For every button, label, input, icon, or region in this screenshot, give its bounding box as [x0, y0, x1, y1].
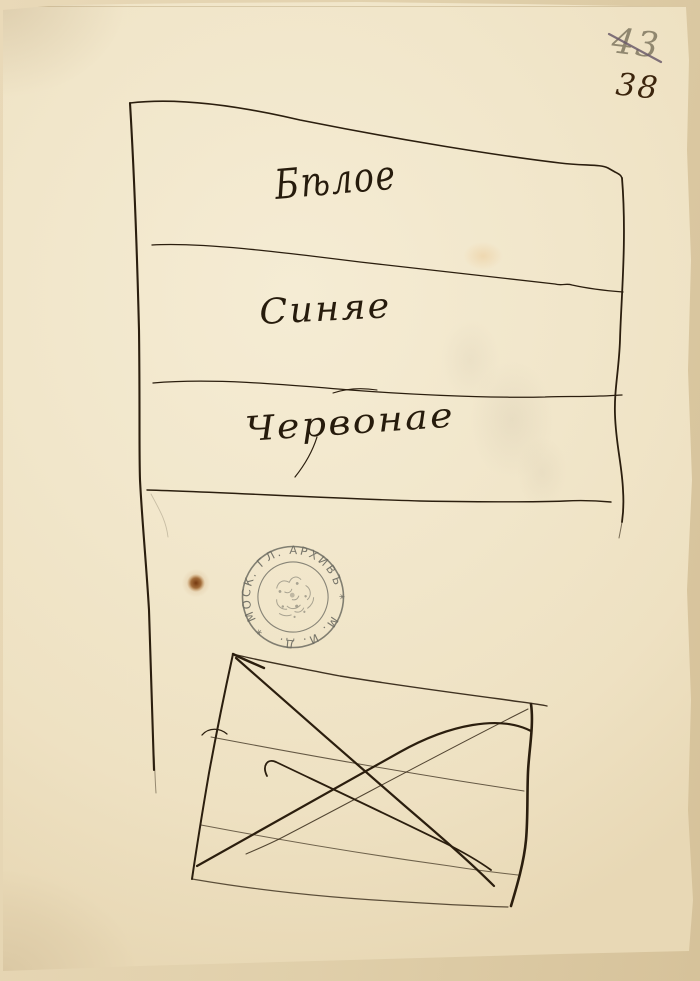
scanned-archival-document: Бѣлое Синяе Червонае * МОСК. ГЛ. АРХИВЪ … — [0, 0, 700, 981]
corner-annotations: 43 38 — [608, 21, 662, 107]
crossed-flag-sketch — [192, 654, 547, 907]
sketch-stripe-line-2 — [201, 825, 518, 875]
manuscript-sheet: Бѣлое Синяе Червонае * МОСК. ГЛ. АРХИВЪ … — [0, 0, 700, 981]
stamp-bottom-text: М. И. Д. — [271, 611, 347, 661]
sketch-stripe-line-1 — [211, 737, 524, 791]
flag-label-blue: Синяе — [258, 286, 392, 333]
flag-pole-line — [130, 103, 154, 770]
flag-band-divider-2 — [153, 381, 622, 397]
sketch-hooked-diagonal — [265, 761, 491, 870]
flag-label-red: Червонае — [244, 395, 456, 450]
sketch-left-hook — [202, 729, 227, 735]
flag-right-edge — [615, 178, 624, 522]
sketch-diagonal-tr-bl — [246, 709, 528, 854]
archive-stamp: * МОСК. ГЛ. АРХИВЪ * М. И. Д. — [222, 526, 363, 667]
sketch-right-edge — [511, 704, 532, 906]
flag-labels: Бѣлое Синяе Червонае — [244, 151, 456, 450]
crossed-out-number: 43 — [608, 21, 662, 67]
sketch-bottom-edge — [192, 879, 508, 907]
flag-label-white: Бѣлое — [272, 151, 399, 210]
flag-pole-tail — [154, 755, 156, 793]
page-number: 38 — [614, 67, 661, 107]
pencil-arc-mark — [151, 494, 168, 537]
flag-sketch — [130, 101, 624, 793]
ink-drawing-layer: Бѣлое Синяе Червонае * МОСК. ГЛ. АРХИВЪ … — [0, 0, 700, 981]
sketch-corner-stroke — [233, 654, 264, 668]
flag-right-edge-tail — [619, 522, 622, 538]
sketch-left-edge — [192, 654, 233, 879]
flag-band-divider-1 — [152, 244, 623, 292]
flag-bottom-edge — [147, 490, 611, 502]
double-headed-eagle-emblem — [268, 573, 318, 623]
